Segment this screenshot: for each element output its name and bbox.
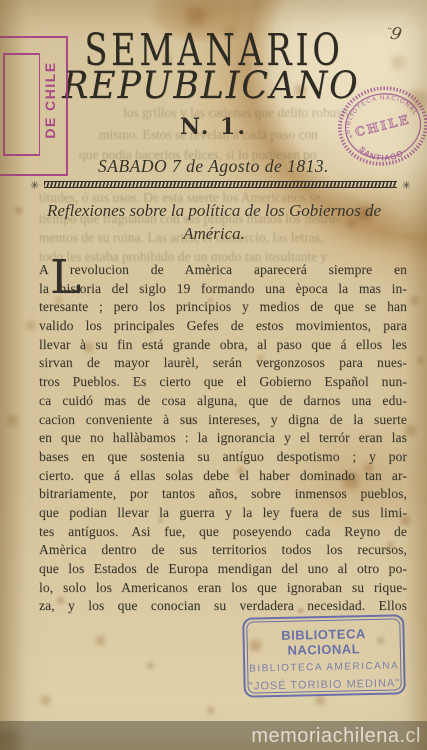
stamp-inner-border xyxy=(3,53,40,156)
text-line: que los Estados de Europa mendigan del u… xyxy=(39,560,407,579)
stamp-line3: "JOSÉ TORIBIO MEDINA" xyxy=(245,677,403,692)
scanned-document-page: los grillos y las cadenas que delito rob… xyxy=(0,0,427,750)
text-line: tros Pueblos. Es cierto que el Gobierno … xyxy=(39,373,407,392)
text-line: sirvan de mayor laurèl, serán vergonzoso… xyxy=(39,354,407,373)
stamp-outer-border xyxy=(0,36,68,176)
text-line: Amèrica dentro de sus territorios todos … xyxy=(39,541,407,560)
text-line: que podian llevar la guerra y la ley fue… xyxy=(39,504,407,523)
rule-ornament-left: ✳ xyxy=(30,179,39,192)
oval-stamp-bottom-text: SANTIAGO xyxy=(356,138,406,168)
text-line: valido los principales Gefes de estos mo… xyxy=(39,317,407,336)
text-line: A revolucion de Amèrica aparecerá siempr… xyxy=(39,261,407,280)
decorative-rule xyxy=(44,181,397,188)
text-line: bases en que sostenia su antíguo despoti… xyxy=(39,448,407,467)
text-line: ca cuidó mas de cosa alguna, que de darn… xyxy=(39,392,407,411)
watermark-text: memoriachilena.cl xyxy=(251,725,421,748)
text-line: cacion conveniente à sus intereses, y di… xyxy=(39,411,407,430)
text-line: lo, solo los Americanos eran los que ign… xyxy=(39,579,407,598)
watermark-band: memoriachilena.cl xyxy=(0,721,427,750)
text-line: llevar à su fin está grande obra, al pas… xyxy=(39,336,407,355)
article-heading-line2: América. xyxy=(20,222,408,245)
text-line: teresante ; pero los principios y medios… xyxy=(39,298,407,317)
oval-stamp-star: ✳ xyxy=(348,133,354,141)
stamp-line1: BIBLIOTECA NACIONAL xyxy=(244,625,403,658)
national-library-stamp: BIBLIOTECA NACIONAL BIBLIOTECA AMERICANA… xyxy=(242,614,406,697)
text-line: bitrariamente, por tantos años, sobre in… xyxy=(39,485,407,504)
text-line: za, y los que conocian su verdadera nece… xyxy=(39,597,407,616)
stamp-line2: BIBLIOTECA AMERICANA xyxy=(245,660,403,674)
masthead-title-line2: REPUBLICANO xyxy=(62,64,359,107)
foxing-stains xyxy=(0,0,1,1)
article-heading: Reflexiones sobre la política de los Gob… xyxy=(20,199,408,245)
article-heading-line1: Reflexiones sobre la política de los Gob… xyxy=(20,199,408,222)
text-line: la historia del siglo 19 formando una èp… xyxy=(39,280,407,299)
handwritten-annotation: 9 xyxy=(384,23,403,46)
oval-library-stamp: BIBLIOTECA NACIONAL CHILE SANTIAGO ✳ xyxy=(329,75,427,178)
text-line: tes antíguos. Asi fue, que poseyendo cad… xyxy=(39,523,407,542)
oval-stamp-center-text: CHILE xyxy=(354,112,412,139)
drop-cap: L xyxy=(50,254,81,301)
rule-ornament-right: ✳ xyxy=(402,179,411,192)
text-line: en que no hallàbamos : la ignorancia y e… xyxy=(39,429,407,448)
article-body: L A revolucion de Amèrica aparecerá siem… xyxy=(39,261,407,616)
text-line: cierto. que á ellas solas debe el haber … xyxy=(39,467,407,486)
